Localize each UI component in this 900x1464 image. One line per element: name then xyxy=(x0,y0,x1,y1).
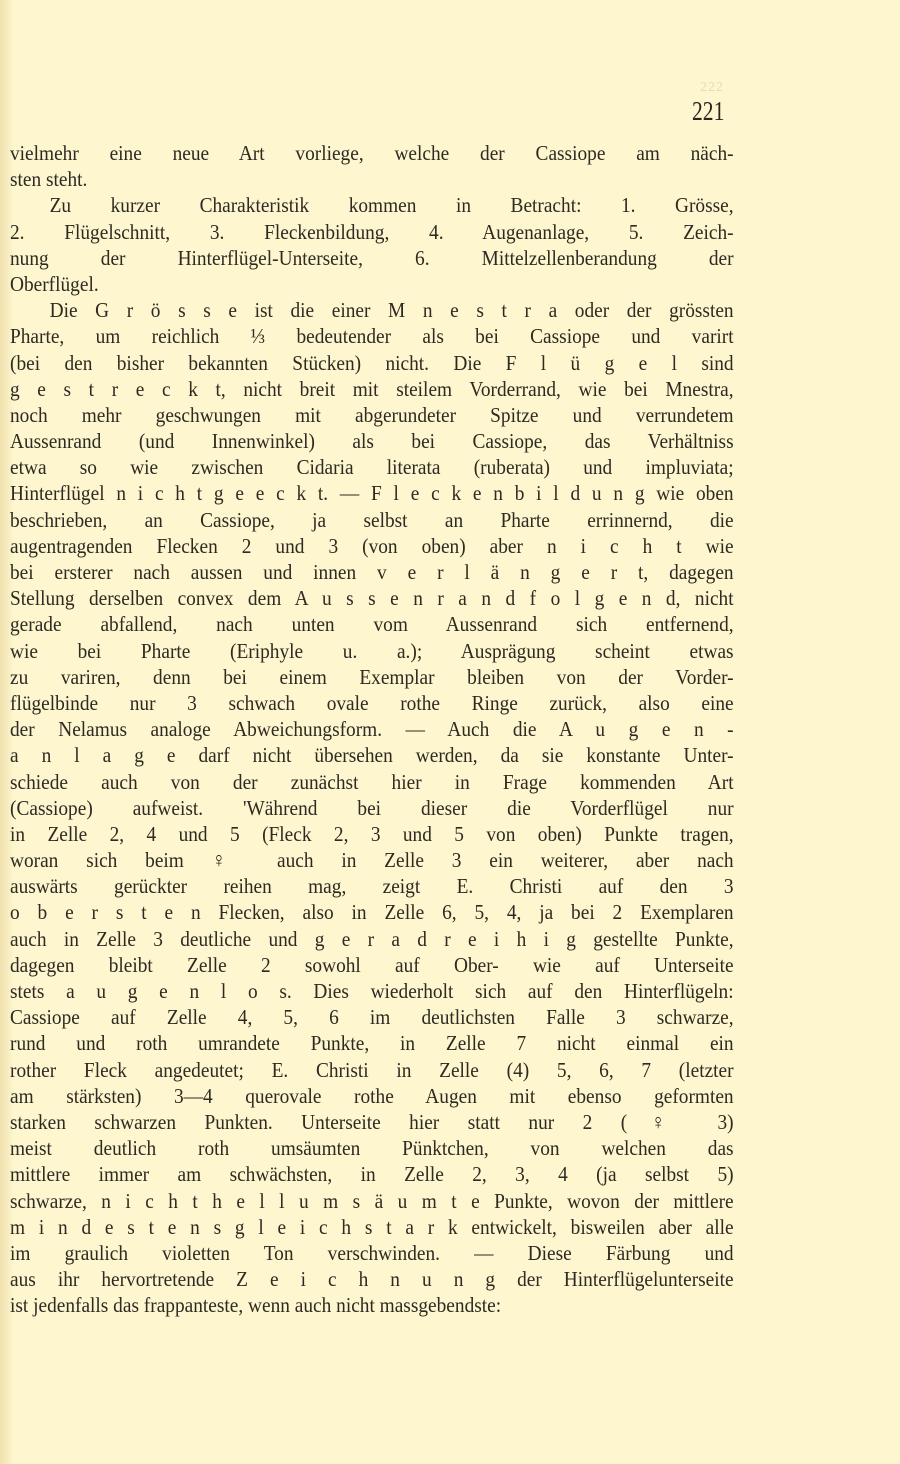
page-number: 221 xyxy=(692,96,724,126)
text-line: (bei den bisher bekannten Stücken) nicht… xyxy=(10,350,734,376)
text-line: am stärksten) 3—4 querovale rothe Augen … xyxy=(10,1083,734,1109)
text-line: aus ihr hervortretende Z e i c h n u n g… xyxy=(10,1266,734,1292)
text-line: m i n d e s t e n s g l e i c h s t a r … xyxy=(10,1214,734,1240)
text-line: schiede auch von der zunächst hier in Fr… xyxy=(10,769,734,795)
text-line: im graulich violetten Ton verschwinden. … xyxy=(10,1240,734,1266)
text-line: Die G r ö s s e ist die einer M n e s t … xyxy=(10,297,734,323)
text-line: Aussenrand (und Innenwinkel) als bei Cas… xyxy=(10,428,734,454)
text-line: etwa so wie zwischen Cidaria literata (r… xyxy=(10,454,734,480)
text-line: schwarze, n i c h t h e l l u m s ä u m … xyxy=(10,1188,734,1214)
text-line: dagegen bleibt Zelle 2 sowohl auf Ober- … xyxy=(10,952,734,978)
text-line: Hinterflügel n i c h t g e e c k t. — F … xyxy=(10,480,734,506)
text-line: gerade abfallend, nach unten vom Aussenr… xyxy=(10,611,734,637)
text-line: g e s t r e c k t, nicht breit mit steil… xyxy=(10,376,734,402)
text-line: rund und roth umrandete Punkte, in Zelle… xyxy=(10,1030,734,1056)
text-line: Oberflügel. xyxy=(10,271,734,297)
text-line: in Zelle 2, 4 und 5 (Fleck 2, 3 und 5 vo… xyxy=(10,821,734,847)
text-line: auswärts gerückter reihen mag, zeigt E. … xyxy=(10,873,734,899)
text-line: starken schwarzen Punkten. Unterseite hi… xyxy=(10,1109,734,1135)
text-line: nung der Hinterflügel-Unterseite, 6. Mit… xyxy=(10,245,734,271)
text-line: bei ersterer nach aussen und innen v e r… xyxy=(10,559,734,585)
text-line: der Nelamus analoge Abweichungsform. — A… xyxy=(10,716,734,742)
text-line: 2. Flügelschnitt, 3. Fleckenbildung, 4. … xyxy=(10,219,734,245)
text-line: mittlere immer am schwächsten, in Zelle … xyxy=(10,1161,734,1187)
text-line: a n l a g e darf nicht übersehen werden,… xyxy=(10,742,734,768)
text-line: zu variren, denn bei einem Exemplar blei… xyxy=(10,664,734,690)
text-line: vielmehr eine neue Art vorliege, welche … xyxy=(10,140,734,166)
text-line: sten steht. xyxy=(10,166,734,192)
text-line: Cassiope auf Zelle 4, 5, 6 im deutlichst… xyxy=(10,1004,734,1030)
body-text: vielmehr eine neue Art vorliege, welche … xyxy=(10,140,734,1318)
text-line: augentragenden Flecken 2 und 3 (von oben… xyxy=(10,533,734,559)
text-line: Stellung derselben convex dem A u s s e … xyxy=(10,585,734,611)
text-line: wie bei Pharte (Eriphyle u. a.); Auspräg… xyxy=(10,638,734,664)
text-line: stets a u g e n l o s. Dies wiederholt s… xyxy=(10,978,734,1004)
text-line: flügelbinde nur 3 schwach ovale rothe Ri… xyxy=(10,690,734,716)
text-line: noch mehr geschwungen mit abgerundeter S… xyxy=(10,402,734,428)
text-line: auch in Zelle 3 deutliche und g e r a d … xyxy=(10,926,734,952)
bleed-through-mark: 222 xyxy=(700,80,724,96)
text-line: rother Fleck angedeutet; E. Christi in Z… xyxy=(10,1057,734,1083)
text-line: meist deutlich roth umsäumten Pünktchen,… xyxy=(10,1135,734,1161)
text-line: Pharte, um reichlich ⅓ bedeutender als b… xyxy=(10,323,734,349)
text-line: (Cassiope) aufweist. 'Während bei dieser… xyxy=(10,795,734,821)
text-line: o b e r s t e n Flecken, also in Zelle 6… xyxy=(10,899,734,925)
text-line: woran sich beim ♀ auch in Zelle 3 ein we… xyxy=(10,847,734,873)
text-line: ist jedenfalls das frappanteste, wenn au… xyxy=(10,1292,734,1318)
text-line: Zu kurzer Charakteristik kommen in Betra… xyxy=(10,192,734,218)
text-line: beschrieben, an Cassiope, ja selbst an P… xyxy=(10,507,734,533)
